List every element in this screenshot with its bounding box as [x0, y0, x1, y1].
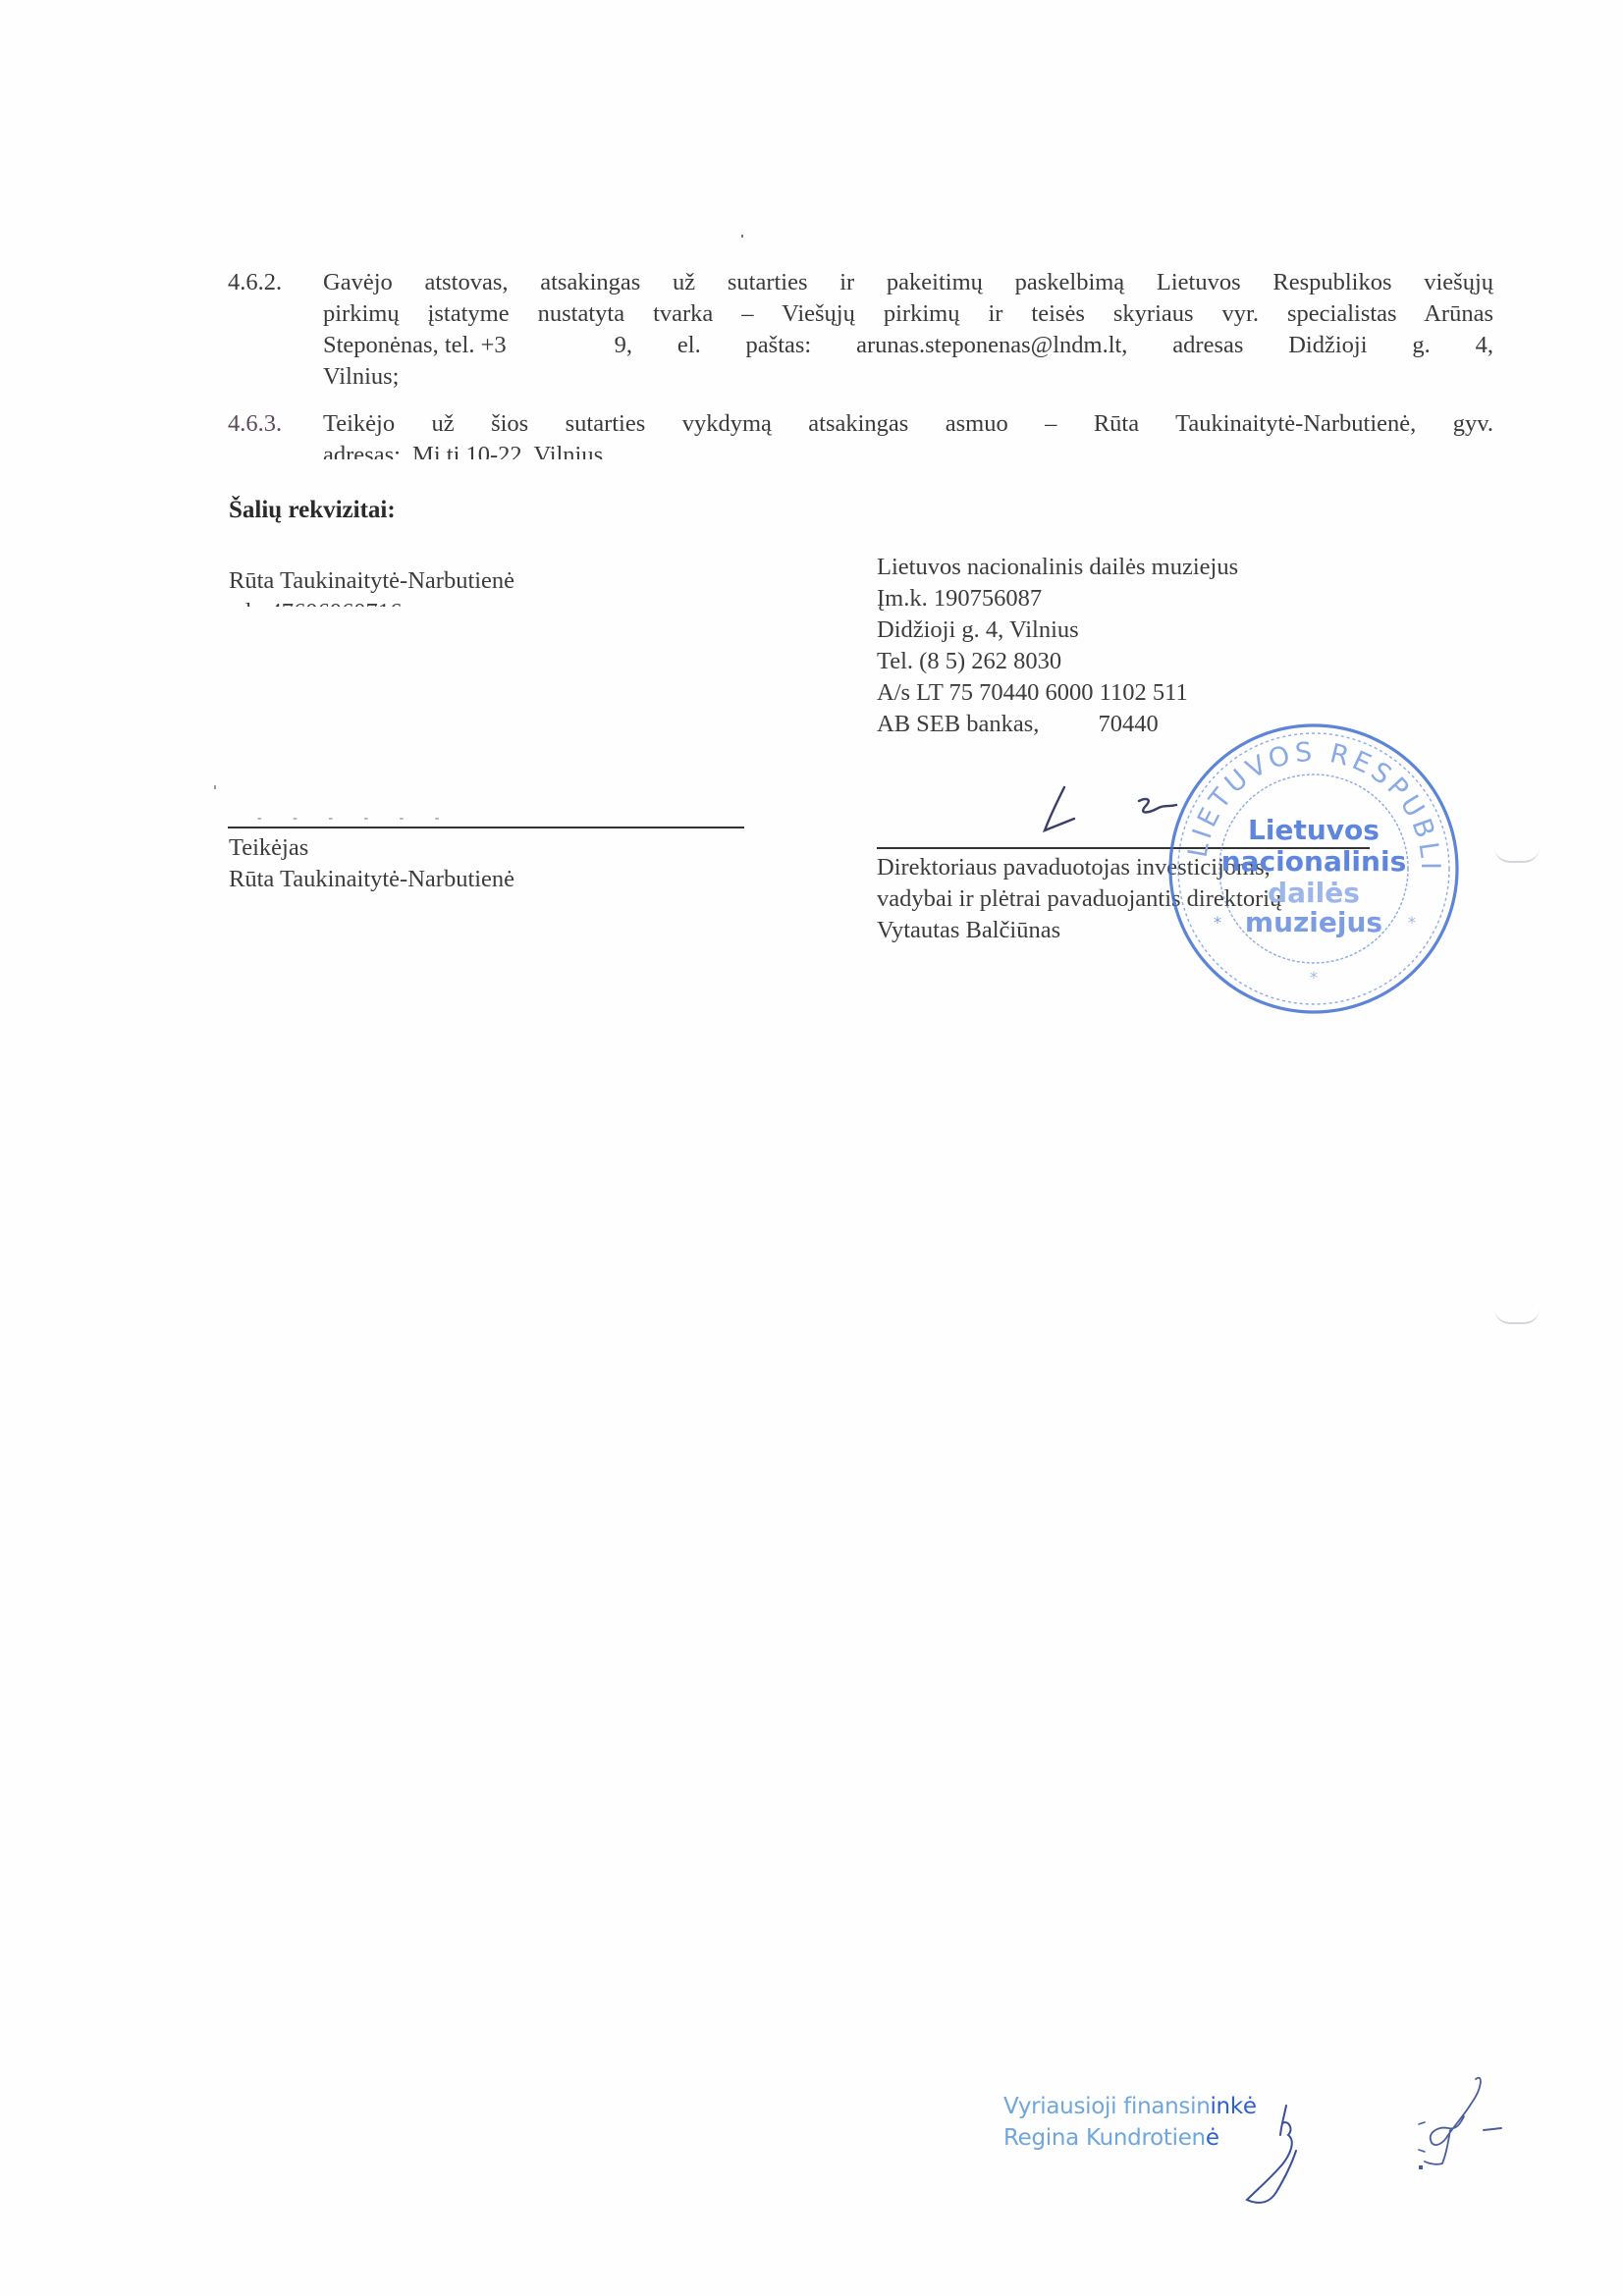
recipient-line: Tel. (8 5) 262 8030 [877, 646, 1238, 677]
clause-line: Gavėjo atstovas, atsakingas už sutarties… [323, 267, 1493, 298]
punch-mark [1494, 1308, 1540, 1324]
redacted-address-fragment: Mi ti 10-22, Vilnius [412, 442, 603, 459]
clause-4-6-3: 4.6.3. Teikėjo už šios sutarties vykdymą… [228, 408, 1494, 471]
reviewer-initials [1399, 2071, 1507, 2179]
clause-number: 4.6.3. [228, 408, 282, 440]
scan-speck [741, 235, 743, 238]
recipient-line: Įm.k. 190756087 [877, 583, 1238, 614]
provider-signer-name: Rūta Taukinaitytė-Narbutienė [229, 864, 514, 895]
clause-text: Steponėnas, tel. +3 [323, 330, 507, 361]
punch-mark [1494, 847, 1540, 863]
scan-speck [214, 785, 216, 789]
recipient-line: Didžioji g. 4, Vilnius [877, 614, 1238, 646]
clause-body: Teikėjo už šios sutarties vykdymą atsaki… [323, 408, 1493, 459]
finance-officer-stamp: Vyriausioji finansininkė Regina Kundroti… [1003, 2091, 1257, 2154]
svg-text:Lietuvos: Lietuvos [1248, 814, 1380, 846]
provider-code-redacted: a.k. 47606060716 [229, 597, 402, 607]
recipient-line: A/s LT 75 70440 6000 1102 511 [877, 677, 1238, 709]
svg-text:nacionalinis: nacionalinis [1221, 845, 1406, 878]
requisites-heading: Šalių rekvizitai: [229, 497, 396, 524]
provider-code-fragment: a.k. 47606060716 [229, 599, 402, 607]
provider-signature-fragment: - - - - - - [257, 811, 453, 827]
provider-name: Rūta Taukinaitytė-Narbutienė [229, 565, 514, 597]
clause-text: 9, el. paštas: arunas.steponenas@lndm.lt… [615, 330, 1493, 361]
svg-text:*: * [1408, 913, 1416, 932]
clause-line: pirkimų įstatyme nustatyta tvarka – Vieš… [323, 298, 1493, 330]
recipient-details: Lietuvos nacionalinis dailės muziejus Įm… [877, 552, 1238, 740]
clause-number: 4.6.2. [228, 267, 282, 298]
clause-line-with-redaction: adresas: Mi ti 10-22, Vilnius [323, 440, 1493, 459]
finance-officer-signature [1227, 2096, 1335, 2214]
provider-role: Teikėjas [229, 832, 308, 864]
svg-text:dailės: dailės [1268, 877, 1360, 909]
svg-text:*: * [1310, 968, 1318, 987]
clause-body: Gavėjo atstovas, atsakingas už sutarties… [323, 267, 1493, 393]
svg-text:*: * [1214, 913, 1221, 932]
clause-text: adresas: [323, 442, 401, 459]
stamp-graphic: LIETUVOS RESPUBLIKA Lietuvos nacionalini… [1166, 721, 1461, 1016]
finance-officer-name: Regina Kundrotienė [1003, 2122, 1257, 2154]
provider-signature-line [228, 827, 744, 828]
finance-officer-title: Vyriausioji finansininkė [1003, 2091, 1257, 2122]
clause-line: Teikėjo už šios sutarties vykdymą atsaki… [323, 408, 1493, 440]
redacted-phone-gap [507, 330, 615, 361]
document-page: 4.6.2. Gavėjo atstovas, atsakingas už su… [0, 0, 1623, 2296]
svg-text:muziejus: muziejus [1245, 906, 1382, 938]
bank-code: 70440 [1099, 711, 1159, 737]
clause-4-6-2: 4.6.2. Gavėjo atstovas, atsakingas už su… [228, 267, 1494, 424]
clause-line-with-redaction: Steponėnas, tel. +3 9, el. paštas: aruna… [323, 330, 1493, 361]
clause-line: Vilnius; [323, 361, 1493, 393]
recipient-line: Lietuvos nacionalinis dailės muziejus [877, 552, 1238, 583]
official-round-stamp: LIETUVOS RESPUBLIKA Lietuvos nacionalini… [1166, 721, 1461, 1016]
